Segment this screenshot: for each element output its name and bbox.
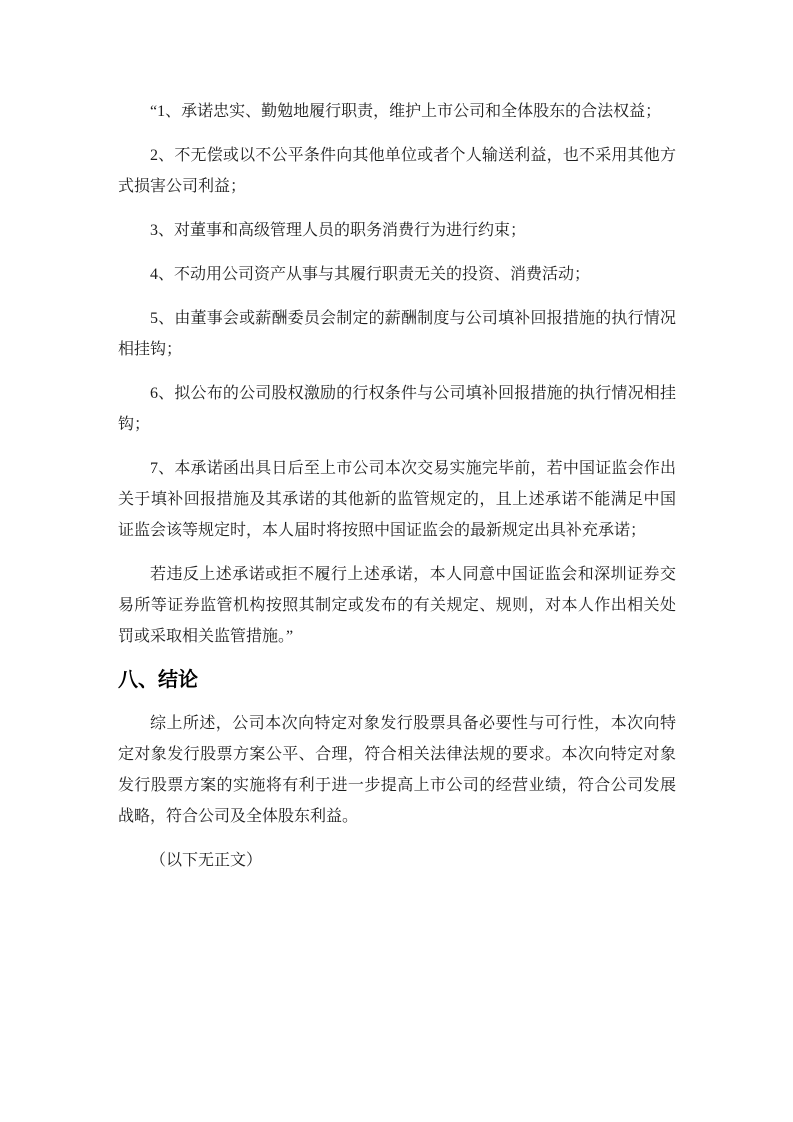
- commitment-paragraph-2: 2、不无偿或以不公平条件向其他单位或者个人输送利益，也不采用其他方式损害公司利益…: [118, 140, 676, 202]
- commitment-paragraph-7: 7、本承诺函出具日后至上市公司本次交易实施完毕前，若中国证监会作出关于填补回报措…: [118, 453, 676, 546]
- commitment-paragraph-3: 3、对董事和高级管理人员的职务消费行为进行约束；: [118, 215, 676, 246]
- closing-note: （以下无正文）: [118, 845, 676, 876]
- commitment-paragraph-6: 6、拟公布的公司股权激励的行权条件与公司填补回报措施的执行情况相挂钩；: [118, 378, 676, 440]
- commitment-paragraph-1: “1、承诺忠实、勤勉地履行职责，维护上市公司和全体股东的合法权益；: [118, 96, 676, 127]
- conclusion-paragraph: 综上所述，公司本次向特定对象发行股票具备必要性与可行性，本次向特定对象发行股票方…: [118, 708, 676, 832]
- document-page: “1、承诺忠实、勤勉地履行职责，维护上市公司和全体股东的合法权益； 2、不无偿或…: [0, 0, 793, 1122]
- commitment-paragraph-5: 5、由董事会或薪酬委员会制定的薪酬制度与公司填补回报措施的执行情况相挂钩；: [118, 303, 676, 365]
- commitment-paragraph-8: 若违反上述承诺或拒不履行上述承诺，本人同意中国证监会和深圳证券交易所等证券监管机…: [118, 559, 676, 652]
- commitment-paragraph-4: 4、不动用公司资产从事与其履行职责无关的投资、消费活动；: [118, 259, 676, 290]
- conclusion-section-heading: 八、结论: [118, 665, 676, 693]
- document-content: “1、承诺忠实、勤勉地履行职责，维护上市公司和全体股东的合法权益； 2、不无偿或…: [118, 96, 676, 876]
